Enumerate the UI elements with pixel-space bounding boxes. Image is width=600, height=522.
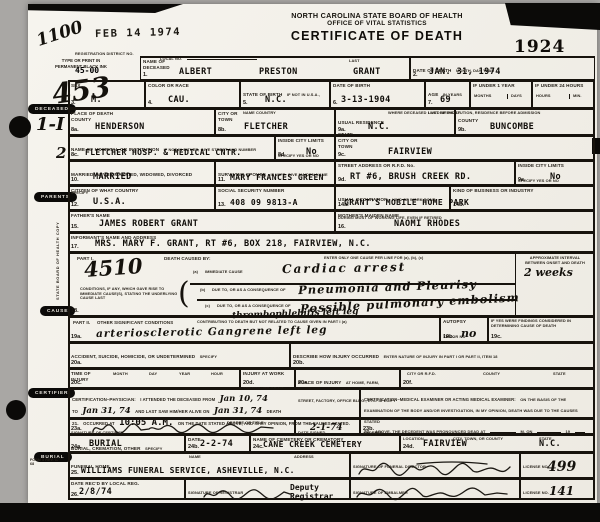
funeral-home-number: 25. (71, 470, 79, 476)
received-number: 26. (71, 492, 79, 498)
father-value: JAMES ROBERT GRANT (99, 219, 198, 229)
field-funeral-home: FUNERAL HOME NAME ADDRESS 25. WILLIAMS F… (68, 452, 350, 478)
at-work-number: 20d. (243, 380, 254, 386)
field-describe-injury: DESCRIBE HOW INJURY OCCURRED ENTER NATUR… (290, 342, 595, 368)
pod-city-limits-label: INSIDE CITY LIMITS (278, 138, 332, 144)
ssn-value: 408 09 9813-A (230, 198, 298, 207)
embalmer-signature (355, 486, 510, 500)
examiner-label: CERTIFICATION–MEDICAL EXAMINER OR ACTING… (364, 397, 516, 402)
describe-number: 20b. (293, 360, 304, 366)
describe-label: DESCRIBE HOW INJURY OCCURRED (293, 354, 379, 359)
part2-title: OTHER SIGNIFICANT CONDITIONS (97, 320, 173, 325)
certificate-number: 1924 (514, 37, 565, 57)
res-city-number: 9c. (338, 152, 346, 158)
place-of-injury-number: 20e. (298, 380, 309, 386)
father-label: FATHER'S NAME (71, 213, 332, 219)
registration-district-label: REGISTRATION DISTRICT NO. (75, 51, 134, 56)
field-registrar-signature: SIGNATURE OF REGISTRAR Deputy Registrar (185, 478, 350, 500)
under-1yr-days: DAYS (507, 94, 522, 99)
field-accident: ACCIDENT, SUICIDE, HOMICIDE, OR UNDETERM… (68, 342, 290, 368)
res-county-number: 9b. (458, 127, 466, 133)
burial-type-value: BURIAL (89, 439, 122, 449)
state-of-birth-number: 5. (243, 100, 248, 106)
field-residence-county: COUNTY 9b. BUNCOMBE (455, 108, 595, 135)
funeral-home-value: WILLIAMS FUNERAL SERVICE, ASHEVILLE, N.C… (81, 466, 295, 475)
field-place-of-death-city: CITY OR TOWN 8b. FLETCHER (215, 108, 335, 135)
line-a-interval-handwritten: 2 weeks (524, 266, 573, 279)
cause-number: 18. (71, 308, 79, 314)
spouse-number: 11. (218, 177, 225, 183)
name-label: NAME OF DECEASED (143, 59, 177, 70)
field-cemetery: NAME OF CEMETERY OR CREMATORY 24c. CANE … (250, 434, 400, 452)
name-last: GRANT (353, 67, 381, 77)
pod-city-limits-number: 8d. (278, 152, 286, 158)
attended-to-handwritten: Jan 31, 74 (82, 406, 130, 416)
mother-value: NAOMI RHODES (394, 219, 460, 229)
certifier-sig-number: 23a. (71, 426, 82, 432)
field-injury-location: CITY OR R.F.D. COUNTY STATE 20f. (400, 368, 595, 388)
line-a-label: IMMEDIATE CAUSE (205, 270, 243, 275)
location-city-value: FAIRVIEW (423, 439, 467, 449)
director-license-label: LICENSE NO. (523, 464, 549, 469)
race-value: CAU. (168, 95, 190, 105)
field-signature-of-certifier: SIGNATURE OF CERTIFIER DEGREE OR TITLE 2… (68, 418, 295, 434)
under-24hr-min: MIN. (569, 94, 582, 99)
injury-location-number: 20f. (403, 380, 412, 386)
age-value: 69 (440, 95, 451, 105)
field-embalmer-license: LICENSE NO. 141 (520, 478, 595, 500)
spouse-value: MARY FRANCES GREEN (230, 173, 324, 182)
autopsy-label: AUTOPSY (443, 319, 485, 325)
location-state-value: N.C. (539, 439, 561, 449)
field-burial-type: BURIAL, CREMATION, OTHER SPECIFY 24a. BU… (68, 434, 185, 452)
field-informant: INFORMANT'S NAME AND ADDRESS 17. MRS. MA… (68, 232, 595, 252)
ssn-number: 13. (218, 202, 226, 208)
field-certification-examiner: CERTIFICATION–MEDICAL EXAMINER OR ACTING… (360, 388, 595, 418)
field-certifier-address: ADDRESS 23b. (360, 418, 595, 434)
field-if-under-1-year: IF UNDER 1 YEAR MONTHS DAYS (470, 80, 532, 108)
injury-state-col: STATE (553, 372, 566, 377)
field-date-of-birth: DATE OF BIRTH 6. 3-13-1904 (330, 80, 425, 108)
burial-type-sub: SPECIFY (145, 446, 162, 451)
handwritten-code-4510: 4510 (83, 253, 143, 282)
field-ssn: SOCIAL SECURITY NUMBER 13. 408 09 9813-A (215, 185, 335, 210)
handwritten-2: 2 (56, 144, 66, 162)
board-line2: OFFICE OF VITAL STATISTICS (262, 20, 492, 27)
line-a-tag: (a) (193, 270, 198, 275)
street-value: RT #6, BRUSH CREEK RD. (350, 172, 471, 182)
field-cemetery-location: LOCATION CITY, TOWN, OR COUNTY STATE 24d… (400, 434, 595, 452)
injury-hour-col: HOUR (211, 372, 223, 377)
res-city-limits-label: INSIDE CITY LIMITS (518, 163, 592, 169)
field-sex: SEX 3. M. (68, 80, 145, 108)
field-if-under-24-hours: IF UNDER 24 HOURS HOURS MIN. (532, 80, 595, 108)
field-place-of-death-county: PLACE OF DEATH COUNTY 8a. HENDERSON (68, 108, 215, 135)
injury-city-col: CITY OR R.F.D. (407, 372, 436, 377)
physician-line1: I ATTENDED THE DECEASED FROM (140, 397, 215, 402)
res-city-label: CITY OR TOWN (338, 138, 364, 149)
line-b-label: DUE TO, OR AS A CONSEQUENCE OF (212, 288, 286, 293)
citizen-label: CITIZEN OF WHAT COUNTRY (71, 188, 212, 194)
street-label: STREET ADDRESS OR R.F.D. No. (338, 163, 512, 169)
type-note: TYPE OR PRINT IN PERMANENT BLACK INK (50, 58, 112, 70)
hole-punch-dot-1 (9, 116, 31, 138)
injury-year-col: YEAR (179, 372, 190, 377)
under-1yr-months: MONTHS (474, 94, 491, 99)
date-of-birth-number: 6. (333, 100, 338, 106)
father-number: 15. (71, 224, 79, 230)
injury-month-col: MONTH (113, 372, 128, 377)
mother-number: 16. (338, 224, 346, 230)
field-time-of-injury: TIME OF INJURY MONTH DAY YEAR HOUR 20c. (68, 368, 240, 388)
funeral-home-address-col: ADDRESS (294, 455, 314, 460)
injury-day-col: DAY (149, 372, 157, 377)
field-marital-status: MARRIED, NEVER MARRIED, WIDOWED, DIVORCE… (68, 160, 215, 185)
field-age: AGE IN YEARS LAST BIRTHDAY 7. 69 (425, 80, 470, 108)
findings-label: IF YES WERE FINDINGS CONSIDERED IN DETER… (491, 319, 591, 328)
line-c-tag: (c) (205, 304, 210, 309)
citizen-value: U.S.A. (93, 197, 126, 207)
board-line1: NORTH CAROLINA STATE BOARD OF HEALTH (262, 11, 492, 20)
date-signed-handwritten: 2-1-74 (310, 423, 343, 433)
embalmer-license-label: LICENSE NO. (523, 490, 549, 495)
pod-city-number: 8b. (218, 127, 226, 133)
name-col-last: LAST (349, 59, 360, 64)
pod-city-limits-value: No (306, 147, 317, 157)
date-of-birth-label: DATE OF BIRTH (333, 83, 422, 89)
location-number: 24d. (403, 444, 414, 450)
field-mother-name: MOTHER'S MAIDEN NAME 16. NAOMI RHODES (335, 210, 595, 232)
accident-sub: SPECIFY (200, 354, 217, 359)
age-number: 7. (428, 100, 433, 106)
line-a-value-handwritten: Cardiac arrest (282, 260, 406, 276)
sex-number: 3. (71, 100, 76, 106)
age-label: AGE (428, 92, 438, 97)
field-place-of-injury: PLACE OF INJURY AT HOME, FARM, STREET, F… (295, 368, 400, 388)
burial-type-number: 24a. (71, 444, 82, 450)
pod-county-value: HENDERSON (95, 122, 145, 132)
burial-date-number: 24b. (188, 444, 199, 450)
part2-number: 19a. (71, 334, 82, 340)
field-burial-date: DATE 24b. 2-2-74 (185, 434, 250, 452)
location-label: LOCATION (403, 437, 424, 442)
field-father-name: FATHER'S NAME 15. JAMES ROBERT GRANT (68, 210, 335, 232)
certificate-title: CERTIFICATE OF DEATH (262, 29, 492, 43)
copy-note: STATE BOARD OF HEALTH COPY (56, 222, 61, 300)
death-caused-by-label: DEATH CAUSED BY: (164, 256, 211, 262)
part2-label: PART II. (73, 320, 90, 325)
scanned-death-certificate: FEB 14 1974 REGISTRATION DISTRICT NO. 45… (0, 0, 600, 522)
field-date-of-death: DATE OF DEATH MONTH, DAY, YEAR 2. JAN. 3… (410, 56, 595, 80)
pod-city-label: CITY OR TOWN (218, 111, 244, 122)
scan-artifact-bottom-bar (0, 503, 600, 522)
state-of-birth-value: N.C. (265, 95, 287, 105)
date-of-death-value: JAN. 31, 1974 (429, 67, 501, 77)
handwritten-1-I: 1-I (36, 114, 64, 135)
field-street-address: STREET ADDRESS OR R.F.D. No. 9d. RT #6, … (335, 160, 515, 185)
physician-line2-end: DEATH (267, 409, 282, 414)
under-24hr-hours: HOURS (536, 94, 551, 99)
race-number: 4. (148, 100, 153, 106)
cause-interval-column: APPROXIMATE INTERVAL BETWEEN ONSET AND D… (515, 252, 595, 316)
field-director-license: LICENSE NO. 499 (520, 452, 595, 478)
field-date-signed: DATE SIGNED 2-1-74 (295, 418, 360, 434)
received-date-stamp: FEB 14 1974 (95, 26, 181, 40)
marital-label: MARRIED, NEVER MARRIED, WIDOWED, DIVORCE… (71, 172, 192, 177)
field-residence-state: USUAL RESIDENCE WHERE DECEASED LIVED. IF… (335, 108, 455, 135)
field-date-received: DATE REC'D BY LOCAL REG. 26. 2/8/74 (68, 478, 185, 500)
cemetery-value: CANE CREEK CEMETERY (263, 440, 362, 449)
mother-label: MOTHER'S MAIDEN NAME (338, 213, 592, 219)
funeral-director-signature (357, 460, 512, 478)
pod-county-number: 8a. (71, 127, 79, 133)
injury-county-col: COUNTY (483, 372, 500, 377)
findings-number: 19c. (491, 334, 502, 340)
marital-value: MARRIED (93, 172, 132, 182)
registrar-signature (202, 487, 292, 500)
line-b-tag: (b) (200, 288, 205, 293)
field-pod-city-limits: INSIDE CITY LIMITS SPECIFY YES OR NO 8d.… (275, 135, 335, 160)
sex-label: SEX (71, 83, 142, 89)
received-value: 2/8/74 (79, 487, 112, 497)
informant-number: 17. (71, 244, 79, 250)
pod-city-value: FLETCHER (244, 122, 288, 132)
field-embalmer-signature: SIGNATURE OF EMBALMER (350, 478, 520, 500)
res-county-value: BUNCOMBE (490, 122, 534, 132)
time-of-injury-number: 20c. (71, 380, 82, 386)
autopsy-number: 19b. (443, 334, 454, 340)
industry-label: KIND OF BUSINESS OR INDUSTRY (453, 188, 592, 194)
describe-sub: ENTER NATURE OF INJURY IN PART I OR PART… (384, 354, 498, 359)
occupation-value: GRANT'S MOBILE HOME PARK (344, 198, 469, 207)
received-label: DATE REC'D BY LOCAL REG. (71, 481, 182, 487)
ssn-label: SOCIAL SECURITY NUMBER (218, 188, 332, 194)
hole-punch-dot-2 (6, 400, 26, 420)
director-license-value: 499 (547, 459, 576, 475)
res-state-number: 9a. (338, 127, 346, 133)
hospital-number: 8c. (71, 152, 79, 158)
field-name-of-deceased: NAME OF DECEASED 1. LAST ALBERT PRESTON … (140, 56, 410, 80)
at-work-label: INJURY AT WORK (243, 371, 292, 377)
header-block: NORTH CAROLINA STATE BOARD OF HEALTH OFF… (262, 11, 492, 43)
res-city-limits-number: 9e. (518, 177, 526, 183)
accident-label: ACCIDENT, SUICIDE, HOMICIDE, OR UNDETERM… (71, 354, 195, 359)
line-c-label: DUE TO, OR AS A CONSEQUENCE OF (217, 304, 291, 309)
to-label: TO (72, 409, 78, 414)
name-middle: PRESTON (259, 67, 298, 77)
field-residence-city: CITY OR TOWN 9c. FAIRVIEW (335, 135, 595, 160)
field-funeral-director-signature: SIGNATURE OF FUNERAL DIRECTOR (350, 452, 520, 478)
name-first: ALBERT (179, 67, 212, 77)
field-citizen: CITIZEN OF WHAT COUNTRY 12. U.S.A. (68, 185, 215, 210)
conditions-brace: ( (178, 276, 190, 311)
res-city-value: FAIRVIEW (388, 147, 432, 157)
hospital-value: FLETCHER HOSP. & MEDICAL CNTR. (85, 148, 242, 157)
field-industry: KIND OF BUSINESS OR INDUSTRY 14b. (450, 185, 595, 210)
last-alive-handwritten: Jan 31, 74 (214, 406, 262, 416)
form-note: FORM 5 REV. 1-68 (30, 458, 60, 467)
street-number: 9d. (338, 177, 346, 183)
date-of-birth-value: 3-13-1904 (341, 95, 391, 105)
field-hospital: NAME OF HOSPITAL OR INSTITUTION IF NOT I… (68, 135, 275, 160)
certifier-address-number: 23b. (363, 426, 374, 432)
res-state-value: N.C. (368, 122, 390, 132)
interval-label: APPROXIMATE INTERVAL BETWEEN ONSET AND D… (523, 256, 587, 265)
burial-date-value: 2-2-74 (200, 439, 233, 449)
field-injury-at-work: INJURY AT WORK SPECIFY YES OR NO 20d. (240, 368, 295, 388)
autopsy-value-handwritten: no (461, 327, 476, 340)
attended-from-handwritten: Jan 10, 74 (220, 394, 268, 404)
under-1yr-label: IF UNDER 1 YEAR (473, 83, 529, 89)
field-autopsy: AUTOPSY YES OR NO 19b. no (440, 316, 488, 342)
embalmer-license-value: 141 (549, 484, 574, 498)
registrar-title: Deputy Registrar (290, 483, 348, 501)
field-race: COLOR OR RACE 4. CAU. (145, 80, 240, 108)
informant-value: MRS. MARY F. GRANT, RT #6, BOX 218, FAIR… (95, 239, 371, 249)
name-field-number: 1. (143, 72, 148, 78)
field-occupation: USUAL OCCUPATION KIND OF WORK DONE DURIN… (335, 185, 450, 210)
funeral-home-name-col: NAME (189, 455, 201, 460)
certifier-signature (91, 422, 276, 434)
res-city-limits-value: No (550, 172, 561, 182)
field-certification-physician: CERTIFICATION–PHYSICIAN: I ATTENDED THE … (68, 388, 360, 418)
field-autopsy-findings: IF YES WERE FINDINGS CONSIDERED IN DETER… (488, 316, 595, 342)
conditions-note: CONDITIONS, IF ANY, WHICH GAVE RISE TO I… (80, 287, 178, 301)
citizen-number: 12. (71, 202, 79, 208)
marital-number: 10. (71, 177, 79, 183)
field-state-of-birth: STATE OF BIRTH IF NOT IN U.S.A., NAME CO… (240, 80, 330, 108)
field-res-city-limits: INSIDE CITY LIMITS SPECIFY YES OR NO 9e.… (515, 160, 595, 185)
sex-value: M. (91, 95, 102, 105)
date-of-death-number: 2. (413, 72, 418, 78)
examiner-line1: ON THE BASIS OF THE (520, 397, 566, 402)
field-surviving-spouse: SURVIVING SPOUSE IF WIFE, GIVE MAIDEN NA… (215, 160, 335, 185)
under-24hr-label: IF UNDER 24 HOURS (535, 83, 592, 89)
accident-number: 20a. (71, 360, 82, 366)
race-label: COLOR OR RACE (148, 83, 237, 89)
